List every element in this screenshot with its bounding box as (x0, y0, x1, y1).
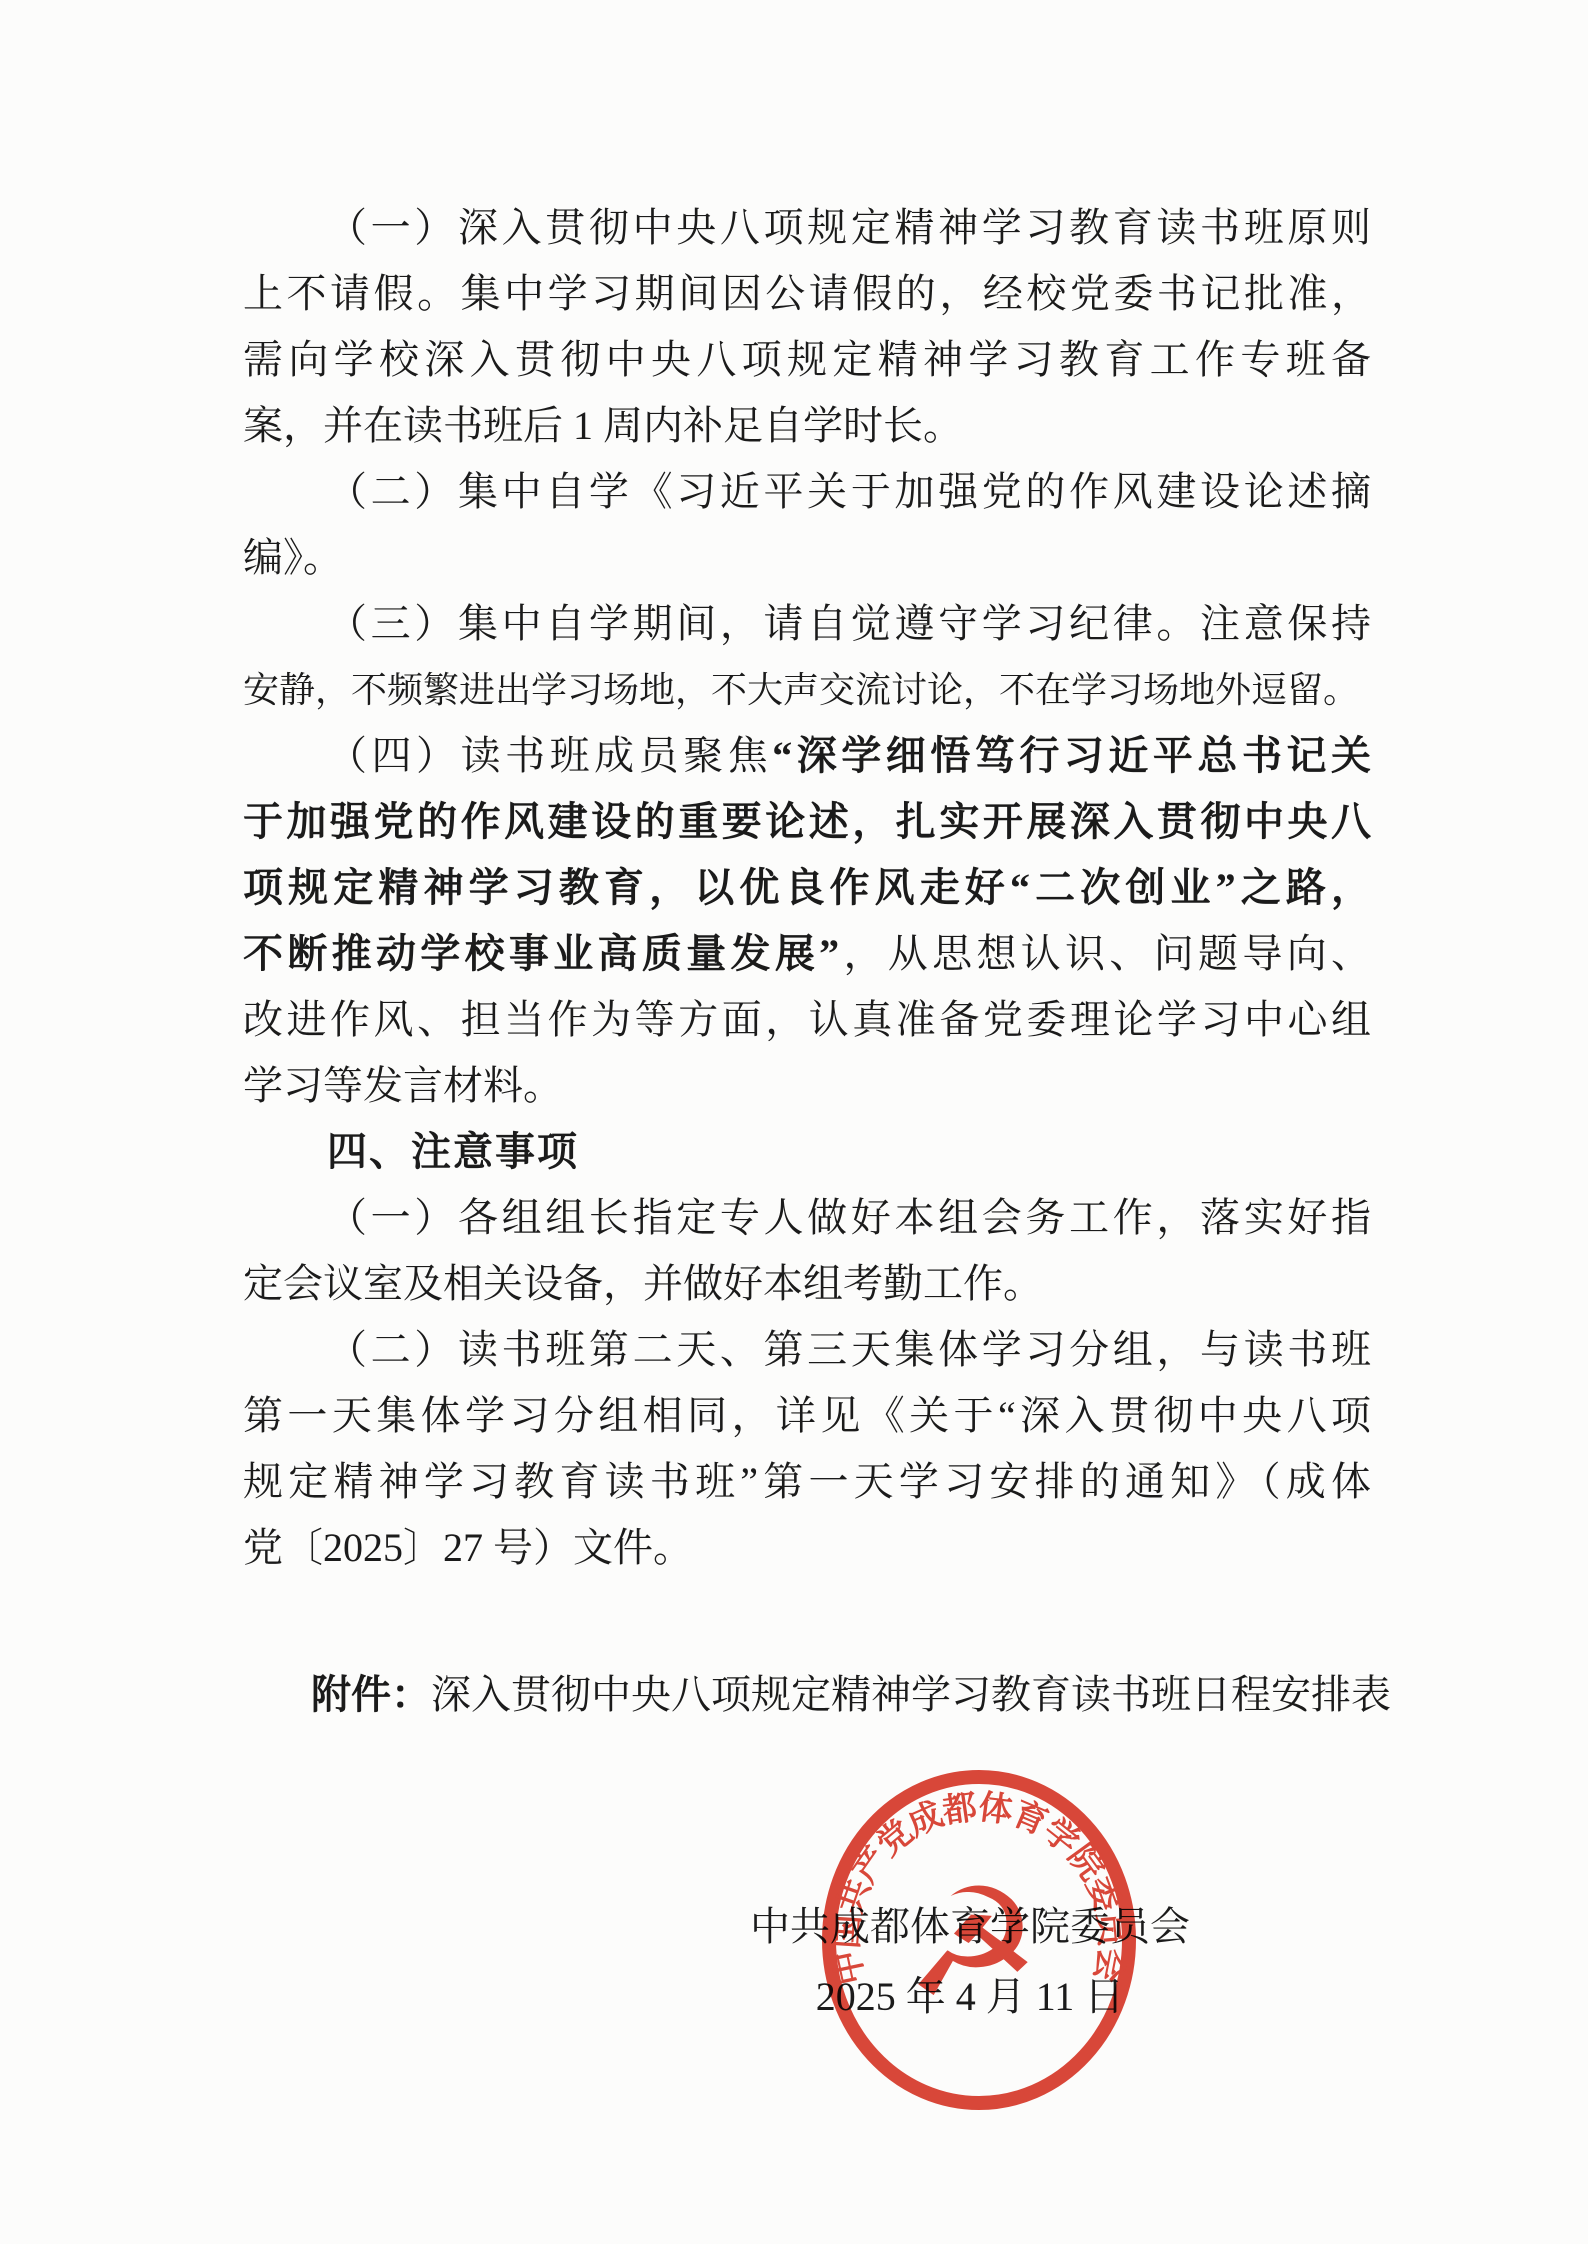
attachment-title: 深入贯彻中央八项规定精神学习教育读书班日程安排表 (431, 1672, 1391, 1717)
text-line: （三）集中自学期间，请自觉遵守学习纪律。注意保持 (243, 591, 1371, 657)
emphasized-text-run: 于加强党的作风建设的重要论述，扎实开展深入贯彻中央八 (243, 799, 1371, 844)
text-line: 安静，不频繁进出学习场地，不大声交流讨论，不在学习场地外逗留。 (243, 657, 1371, 723)
text-line: 改进作风、担当作为等方面，认真准备党委理论学习中心组 (243, 987, 1371, 1053)
text-run: 定会议室及相关设备，并做好本组考勤工作。 (243, 1261, 1043, 1306)
text-run: 安静，不频繁进出学习场地，不大声交流讨论，不在学习场地外逗留。 (243, 670, 1359, 710)
text-run: （三）集中自学期间，请自觉遵守学习纪律。注意保持 (327, 601, 1371, 646)
attachment-line: 附件：深入贯彻中央八项规定精神学习教育读书班日程安排表 (243, 1662, 1371, 1728)
text-line: 案，并在读书班后 1 周内补足自学时长。 (243, 393, 1371, 459)
body-text: （一）深入贯彻中央八项规定精神学习教育读书班原则上不请假。集中学习期间因公请假的… (243, 195, 1371, 1581)
text-line: 上不请假。集中学习期间因公请假的，经校党委书记批准， (243, 261, 1371, 327)
emphasized-text-run: 项规定精神学习教育，以优良作风走好“二次创业”之路， (243, 865, 1371, 910)
text-run: 第一天集体学习分组相同，详见《关于“深入贯彻中央八项 (243, 1393, 1371, 1438)
text-run: 案，并在读书班后 1 周内补足自学时长。 (243, 403, 963, 448)
text-line: （一）各组组长指定专人做好本组会务工作，落实好指 (243, 1185, 1371, 1251)
text-run: 编》。 (243, 535, 343, 580)
text-run: 党〔2025〕27 号）文件。 (243, 1525, 693, 1570)
text-run: 规定精神学习教育读书班”第一天学习安排的通知》（成体 (243, 1459, 1371, 1504)
text-run: （一）各组组长指定专人做好本组会务工作，落实好指 (327, 1195, 1371, 1240)
text-line: 党〔2025〕27 号）文件。 (243, 1515, 1371, 1581)
text-line: 第一天集体学习分组相同，详见《关于“深入贯彻中央八项 (243, 1383, 1371, 1449)
text-line: 于加强党的作风建设的重要论述，扎实开展深入贯彻中央八 (243, 789, 1371, 855)
text-line: 项规定精神学习教育，以优良作风走好“二次创业”之路， (243, 855, 1371, 921)
text-line: 定会议室及相关设备，并做好本组考勤工作。 (243, 1251, 1371, 1317)
text-line: 编》。 (243, 525, 1371, 591)
text-line: 需向学校深入贯彻中央八项规定精神学习教育工作专班备 (243, 327, 1371, 393)
text-run: （一）深入贯彻中央八项规定精神学习教育读书班原则 (327, 205, 1371, 250)
text-line: 不断推动学校事业高质量发展”，从思想认识、问题导向、 (243, 921, 1371, 987)
text-line: （二）读书班第二天、第三天集体学习分组，与读书班 (243, 1317, 1371, 1383)
signature-block: 中共成都体育学院委员会 2025 年 4 月 11 日 (655, 1892, 1285, 2032)
text-run: 需向学校深入贯彻中央八项规定精神学习教育工作专班备 (243, 337, 1371, 382)
document-page: （一）深入贯彻中央八项规定精神学习教育读书班原则上不请假。集中学习期间因公请假的… (0, 0, 1588, 2244)
emphasized-text-run: 四、注意事项 (327, 1129, 579, 1174)
signature-org: 中共成都体育学院委员会 (655, 1892, 1285, 1962)
emphasized-text-run: “深学细悟笃行习近平总书记关 (772, 733, 1371, 778)
text-line: （一）深入贯彻中央八项规定精神学习教育读书班原则 (243, 195, 1371, 261)
text-run: （二）读书班第二天、第三天集体学习分组，与读书班 (327, 1327, 1371, 1372)
text-run: ，从思想认识、问题导向、 (839, 931, 1371, 976)
text-run: 改进作风、担当作为等方面，认真准备党委理论学习中心组 (243, 997, 1371, 1042)
emphasized-text-run: 不断推动学校事业高质量发展” (243, 931, 839, 976)
text-line: （二）集中自学《习近平关于加强党的作风建设论述摘 (243, 459, 1371, 525)
section-heading: 四、注意事项 (243, 1119, 1371, 1185)
attachment-label: 附件： (311, 1672, 431, 1717)
text-run: 上不请假。集中学习期间因公请假的，经校党委书记批准， (243, 271, 1371, 316)
text-run: 学习等发言材料。 (243, 1063, 563, 1108)
text-line: （四）读书班成员聚焦“深学细悟笃行习近平总书记关 (243, 723, 1371, 789)
text-line: 规定精神学习教育读书班”第一天学习安排的通知》（成体 (243, 1449, 1371, 1515)
text-run: （二）集中自学《习近平关于加强党的作风建设论述摘 (327, 469, 1371, 514)
signature-date: 2025 年 4 月 11 日 (655, 1962, 1285, 2032)
text-line: 学习等发言材料。 (243, 1053, 1371, 1119)
text-run: （四）读书班成员聚焦 (327, 733, 772, 778)
